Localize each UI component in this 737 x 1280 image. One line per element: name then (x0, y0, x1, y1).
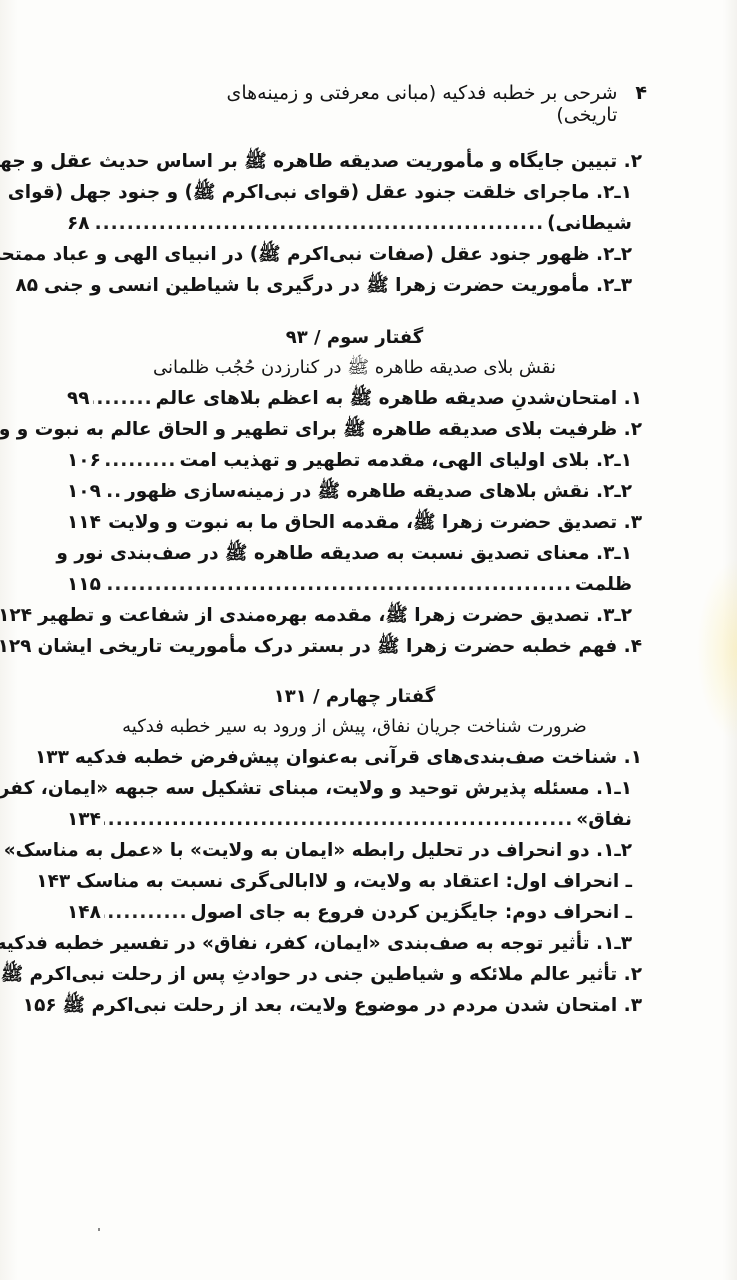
toc-entry-label: ظلمت (575, 569, 632, 600)
toc-entry[interactable]: ۲. تبیین جایگاه و مأموریت صدیقه طاهره ﷺ … (67, 146, 642, 177)
toc-entry-label: ۳. امتحان شدن مردم در موضوع ولایت، بعد ا… (63, 990, 642, 1021)
toc-entry-continuation[interactable]: نفاق» ۱۳۴ (67, 804, 642, 835)
toc-entry-page: ۹۹ (67, 383, 90, 414)
leader-dots (104, 476, 122, 507)
toc-entry[interactable]: ۲ـ۳. تصدیق حضرت زهرا ﷺ، مقدمه بهره‌مندی … (67, 600, 642, 631)
running-header: ۴ شرحی بر خطبه فدکیه (مبانی معرفتی و زمی… (200, 82, 647, 126)
book-title: شرحی بر خطبه فدکیه (مبانی معرفتی و زمینه… (200, 82, 617, 126)
leader-dots (104, 804, 573, 835)
toc-entry-page: ۱۲۴ (0, 600, 32, 631)
leader-dots (104, 569, 572, 600)
toc-entry-page: ۶۸ (67, 208, 90, 239)
leader-dots (104, 445, 177, 476)
toc-entry-label: ۱ـ۱. مسئله پذیرش توحید و ولایت، مبنای تش… (0, 773, 632, 804)
toc-entry-label: ـ انحراف دوم: جایگزین کردن فروع به جای ا… (191, 897, 632, 928)
toc-entry-label: ۱ـ۲. ماجرای خلقت جنود عقل (قوای نبی‌اکرم… (8, 177, 632, 208)
toc-entry-label: ۴. فهم خطبه حضرت زهرا ﷺ در بستر درک مأمو… (37, 631, 642, 662)
toc-entry-page: ۱۰۹ (67, 476, 101, 507)
toc-entry[interactable]: ۲. ظرفیت بلای صدیقه طاهره ﷺ برای تطهیر و… (67, 414, 642, 445)
chapter-subtitle: ضرورت شناخت جریان نفاق، پیش از ورود به س… (67, 712, 642, 742)
toc-entry-label: ـ انحراف اول: اعتقاد به ولایت، و لاابالی… (76, 866, 632, 897)
toc-entry[interactable]: ۲ـ۲. نقش بلاهای صدیقه طاهره ﷺ در زمینه‌س… (67, 476, 642, 507)
toc-entry[interactable]: ـ انحراف اول: اعتقاد به ولایت، و لاابالی… (67, 866, 642, 897)
toc-entry[interactable]: ۱ـ۲. ماجرای خلقت جنود عقل (قوای نبی‌اکرم… (67, 177, 642, 208)
toc-entry-label: ۳ـ۲. مأموریت حضرت زهرا ﷺ در درگیری با شی… (44, 270, 632, 301)
toc-entry[interactable]: ـ انحراف دوم: جایگزین کردن فروع به جای ا… (67, 897, 642, 928)
toc-entry[interactable]: ۲. تأثیر عالم ملائکه و شیاطین جنی در حوا… (67, 959, 642, 990)
toc-entry-label: ۲ـ۳. تصدیق حضرت زهرا ﷺ، مقدمه بهره‌مندی … (38, 600, 632, 631)
toc-entry-label: ۲ـ۲. نقش بلاهای صدیقه طاهره ﷺ در زمینه‌س… (125, 476, 632, 507)
toc-entry-continuation[interactable]: ظلمت ۱۱۵ (67, 569, 642, 600)
toc-entry-label: ۱. شناخت صف‌بندی‌های قرآنی به‌عنوان پیش‌… (75, 742, 642, 773)
toc-entry[interactable]: ۱ـ۲. بلای اولیای الهی، مقدمه تطهیر و تهذ… (67, 445, 642, 476)
toc-entry-label: ۲. تأثیر عالم ملائکه و شیاطین جنی در حوا… (1, 959, 642, 990)
toc-entry-label: نفاق» (576, 804, 632, 835)
toc-entry-label: ۳. تصدیق حضرت زهرا ﷺ، مقدمه الحاق ما به … (108, 507, 642, 538)
toc-entry-label: ۲. ظرفیت بلای صدیقه طاهره ﷺ برای تطهیر و… (0, 414, 642, 445)
toc-entry[interactable]: ۱ـ۱. مسئله پذیرش توحید و ولایت، مبنای تش… (67, 773, 642, 804)
toc-entry-label: ۱ـ۳. معنای تصدیق نسبت به صدیقه طاهره ﷺ د… (56, 538, 632, 569)
leader-dots (104, 897, 188, 928)
leader-dots (93, 383, 153, 414)
toc-entry-page: ۱۰۶ (67, 445, 101, 476)
toc-entry[interactable]: ۲ـ۲. ظهور جنود عقل (صفات نبی‌اکرم ﷺ) در … (67, 239, 642, 270)
toc-entry[interactable]: ۱. شناخت صف‌بندی‌های قرآنی به‌عنوان پیش‌… (67, 742, 642, 773)
toc-entry-label: شیطانی) (547, 208, 632, 239)
toc-entry-page: ۱۱۵ (67, 569, 101, 600)
toc-entry-page: ۱۲۹ (0, 631, 31, 662)
leader-dots (104, 507, 105, 538)
chapter-title: گفتار چهارم / ۱۳۱ (67, 682, 642, 712)
leader-dots (93, 208, 545, 239)
toc-entry[interactable]: ۱ـ۳. معنای تصدیق نسبت به صدیقه طاهره ﷺ د… (67, 538, 642, 569)
table-of-contents: ۲. تبیین جایگاه و مأموریت صدیقه طاهره ﷺ … (67, 146, 642, 1021)
toc-entry[interactable]: ۳ـ۱. تأثیر توجه به صف‌بندی «ایمان، کفر، … (67, 928, 642, 959)
chapter-title: گفتار سوم / ۹۳ (67, 323, 642, 353)
toc-entry-continuation[interactable]: شیطانی) ۶۸ (67, 208, 642, 239)
toc-entry[interactable]: ۳ـ۲. مأموریت حضرت زهرا ﷺ در درگیری با شی… (67, 270, 642, 301)
toc-entry[interactable]: ۱. امتحان‌شدنِ صدیقه طاهره ﷺ به اعظم بلا… (67, 383, 642, 414)
toc-entry[interactable]: ۳. امتحان شدن مردم در موضوع ولایت، بعد ا… (67, 990, 642, 1021)
print-speck (98, 1228, 100, 1231)
toc-entry-page: ۱۴۳ (36, 866, 70, 897)
toc-entry-page: ۸۵ (15, 270, 38, 301)
toc-entry-page: ۱۳۳ (35, 742, 69, 773)
toc-entry-label: ۲. تبیین جایگاه و مأموریت صدیقه طاهره ﷺ … (0, 146, 642, 177)
toc-entry[interactable]: ۴. فهم خطبه حضرت زهرا ﷺ در بستر درک مأمو… (67, 631, 642, 662)
toc-entry-label: ۱ـ۲. بلای اولیای الهی، مقدمه تطهیر و تهذ… (179, 445, 632, 476)
toc-entry-page: ۱۵۶ (23, 990, 57, 1021)
book-page: ۴ شرحی بر خطبه فدکیه (مبانی معرفتی و زمی… (0, 0, 737, 1280)
page-number: ۴ (635, 82, 647, 104)
toc-entry-label: ۲ـ۱. دو انحراف در تحلیل رابطه «ایمان به … (4, 835, 632, 866)
toc-entry-label: ۲ـ۲. ظهور جنود عقل (صفات نبی‌اکرم ﷺ) در … (0, 239, 632, 270)
toc-entry-page: ۱۴۸ (67, 897, 101, 928)
toc-entry-label: ۳ـ۱. تأثیر توجه به صف‌بندی «ایمان، کفر، … (0, 928, 632, 959)
toc-entry[interactable]: ۲ـ۱. دو انحراف در تحلیل رابطه «ایمان به … (67, 835, 642, 866)
toc-entry-page: ۱۱۴ (67, 507, 101, 538)
chapter-subtitle: نقش بلای صدیقه طاهره ﷺ در کنارزدن حُجُب … (67, 353, 642, 383)
toc-entry[interactable]: ۳. تصدیق حضرت زهرا ﷺ، مقدمه الحاق ما به … (67, 507, 642, 538)
toc-entry-page: ۱۳۴ (67, 804, 101, 835)
toc-entry-label: ۱. امتحان‌شدنِ صدیقه طاهره ﷺ به اعظم بلا… (156, 383, 642, 414)
